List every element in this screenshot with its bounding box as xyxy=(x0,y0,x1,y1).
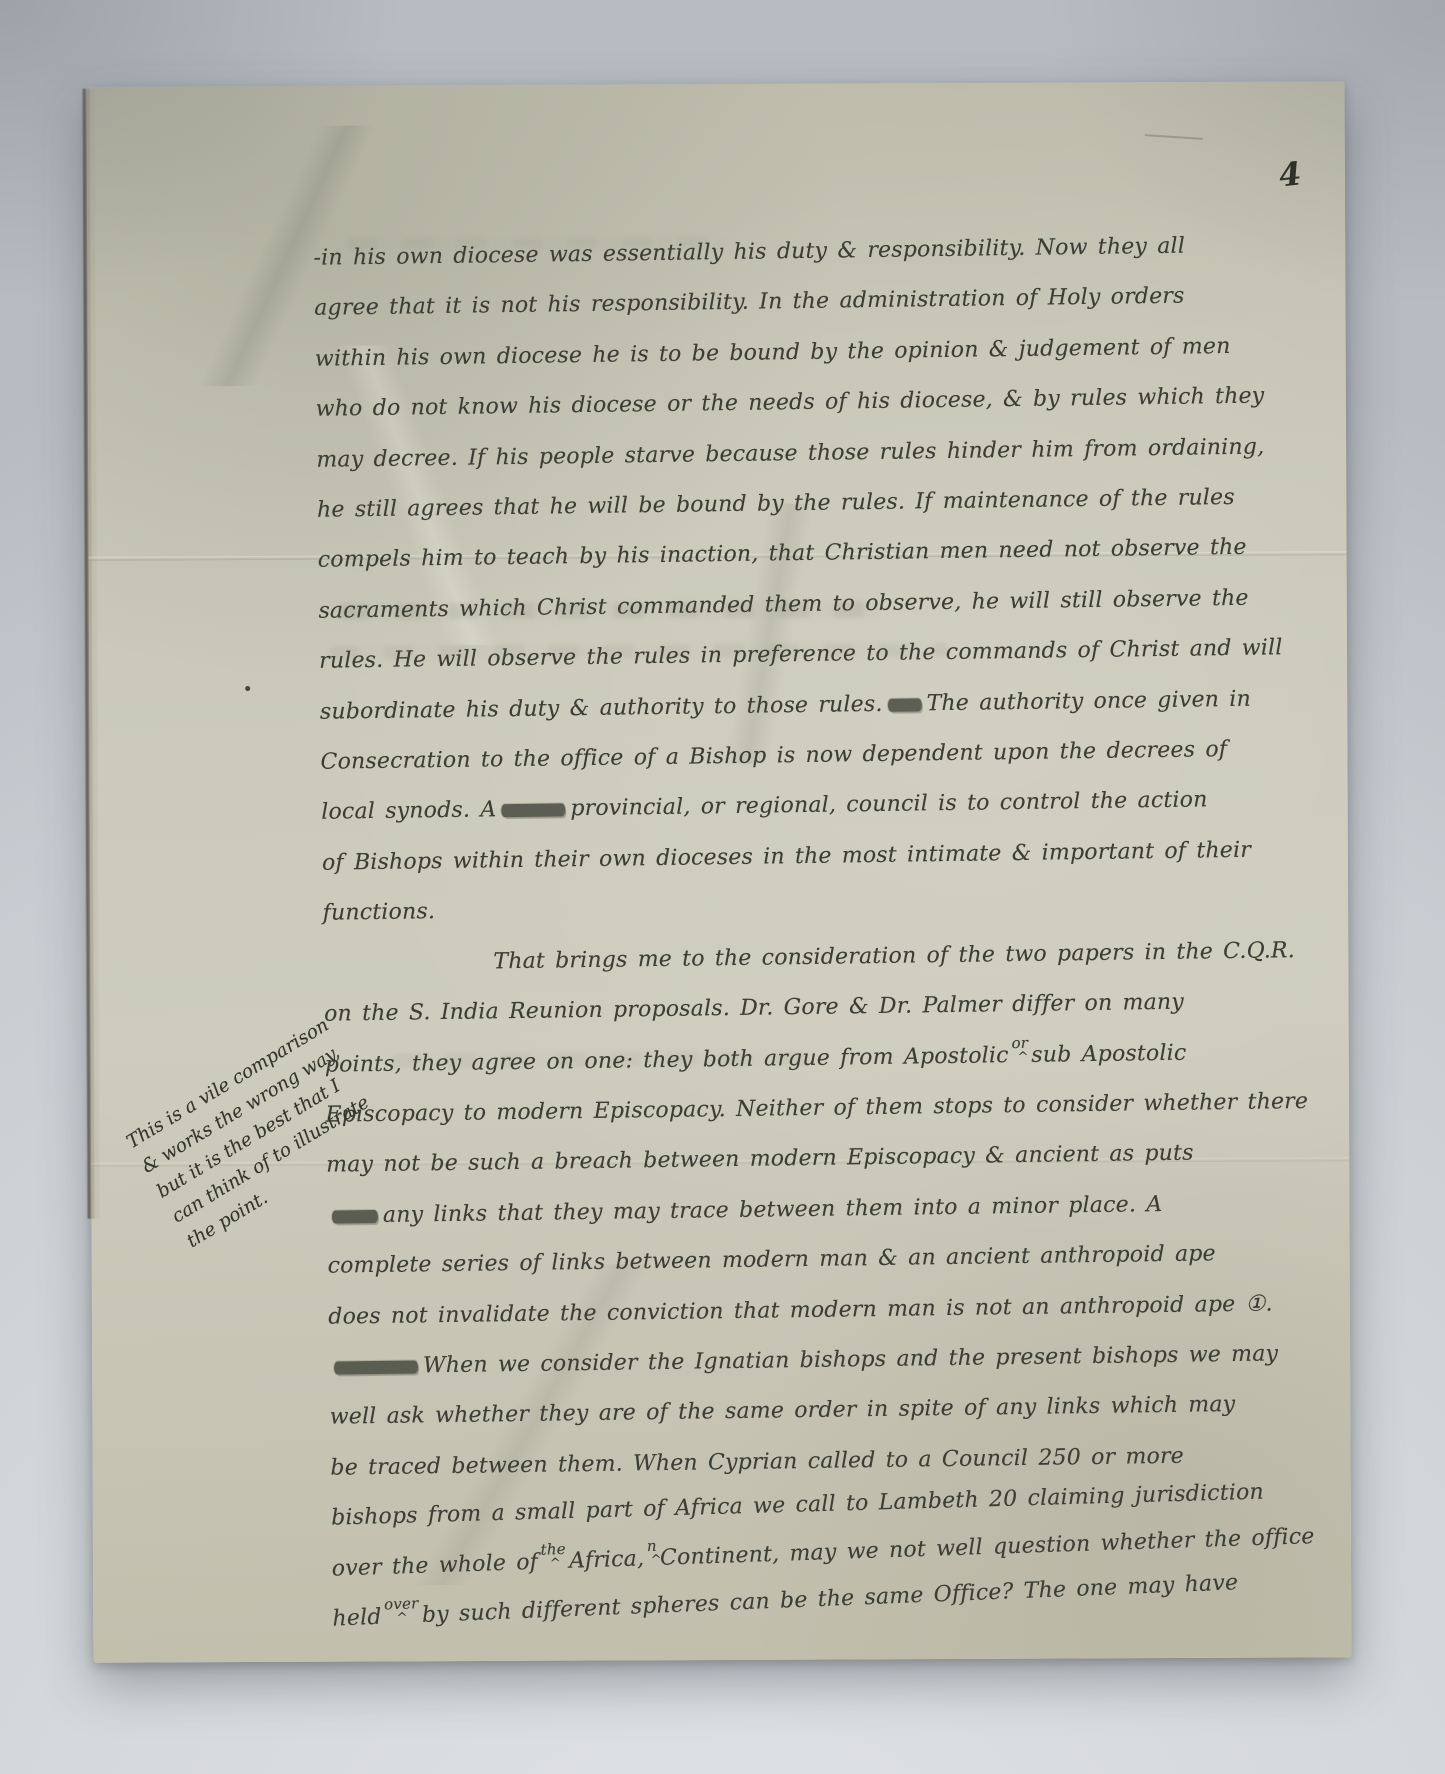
strikethrough-scribble xyxy=(334,1360,418,1374)
line-segment: he still agrees that he will be bound by… xyxy=(317,485,1235,523)
line-segment: does not invalidate the conviction that … xyxy=(328,1291,1273,1329)
strikethrough-scribble xyxy=(332,1210,378,1224)
strikethrough-scribble xyxy=(888,698,922,711)
line-segment: Africa, xyxy=(569,1546,645,1573)
line-segment: rules. He will observe the rules in pref… xyxy=(319,636,1283,674)
inserted-word: over^ xyxy=(384,1603,418,1604)
line-segment: -in his own diocese was essentially his … xyxy=(313,234,1185,271)
ink-dot xyxy=(245,686,250,691)
line-segment: The authority once given in xyxy=(926,686,1251,716)
line-segment: Episcopacy to modern Episcopacy. Neither… xyxy=(325,1089,1308,1128)
line-segment: may not be such a breach between modern … xyxy=(326,1141,1194,1178)
line-segment: When we consider the Ignatian bishops an… xyxy=(423,1341,1279,1378)
line-segment: local synods. A xyxy=(321,798,496,825)
line-segment: compels him to teach by his inaction, th… xyxy=(318,535,1247,573)
line-segment: any links that they may trace between th… xyxy=(383,1192,1163,1228)
letter-page: 4 -in his own diocese was essentially hi… xyxy=(87,81,1352,1662)
line-segment: who do not know his diocese or the needs… xyxy=(315,384,1264,422)
letter-lines: -in his own diocese was essentially his … xyxy=(313,220,1313,1645)
line-segment: agree that it is not his responsibility.… xyxy=(314,284,1185,321)
photo-background: 4 -in his own diocese was essentially hi… xyxy=(0,0,1445,1774)
line-segment: held xyxy=(332,1605,382,1632)
line-segment: within his own diocese he is to be bound… xyxy=(315,334,1231,372)
line-segment: over the whole of xyxy=(331,1549,538,1581)
line-segment: sacraments which Christ commanded them t… xyxy=(318,586,1248,624)
line-segment: functions. xyxy=(323,899,436,926)
line-segment: of Bishops within their own dioceses in … xyxy=(322,838,1251,876)
line-segment: well ask whether they are of the same or… xyxy=(330,1392,1236,1430)
line-segment: on the S. India Reunion proposals. Dr. G… xyxy=(324,990,1184,1027)
pencil-scratch xyxy=(1145,134,1203,140)
line-segment: sub Apostolic xyxy=(1031,1040,1186,1067)
line-segment: complete series of links between modern … xyxy=(327,1241,1216,1278)
line-segment: subordinate his duty & authority to thos… xyxy=(320,692,883,725)
line-segment: Consecration to the office of a Bishop i… xyxy=(320,737,1227,775)
line-segment: points, they agree on one: they both arg… xyxy=(325,1043,1009,1078)
line-segment: may decree. If his people starve because… xyxy=(316,434,1264,472)
line-segment: provincial, or regional, council is to c… xyxy=(570,788,1207,822)
inserted-word: the^ xyxy=(541,1548,566,1549)
page-number: 4 xyxy=(1277,154,1303,194)
line-segment: That brings me to the consideration of t… xyxy=(493,938,1295,974)
strikethrough-scribble xyxy=(501,804,565,818)
paper-torn-edge xyxy=(83,89,104,1219)
